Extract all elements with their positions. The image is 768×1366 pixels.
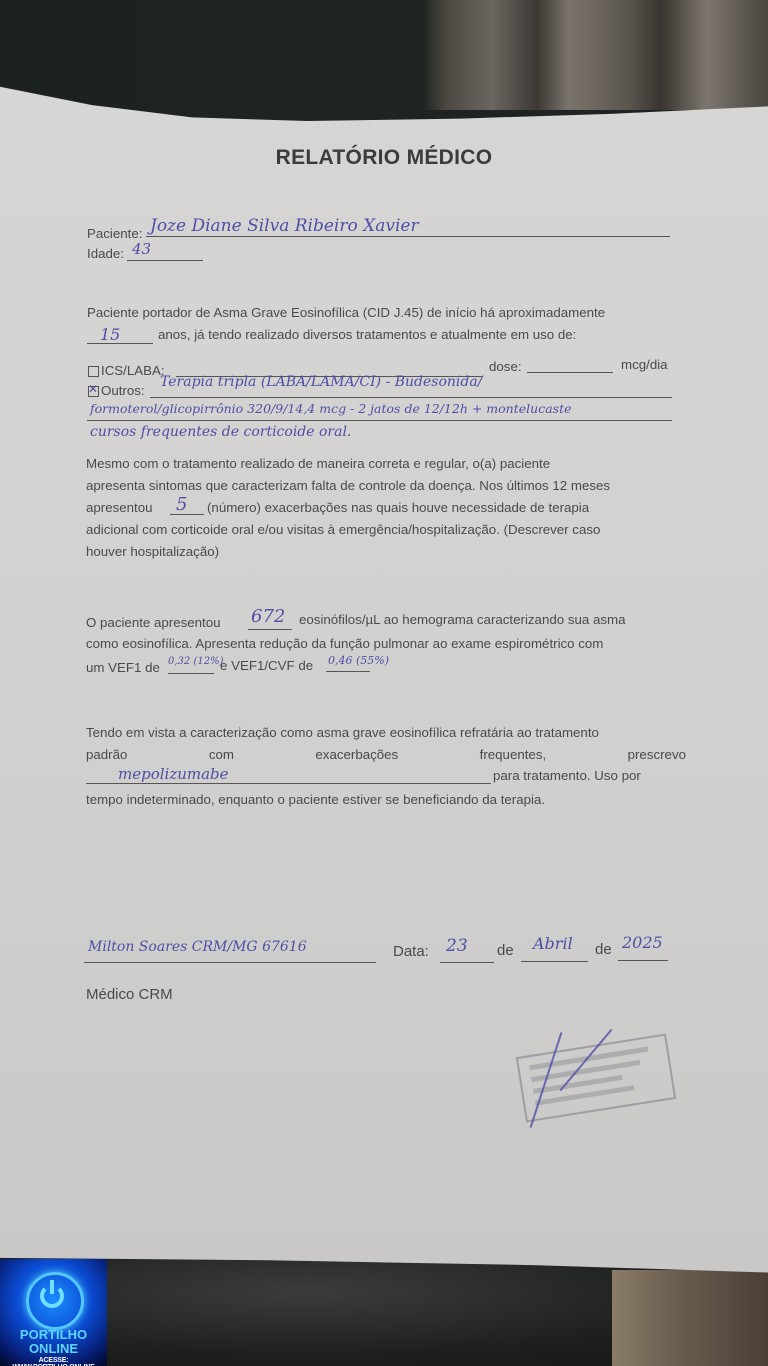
patient-label: Paciente: [87,226,142,241]
section4-line1: Tendo em vista a caracterização como asm… [86,725,599,740]
age-underline [127,260,203,261]
outros-underline-1 [150,397,672,398]
section4-line3-post: para tratamento. Uso por [493,768,641,783]
logo-text-online: ONLINE [0,1341,107,1356]
section1-line2: anos, já tendo realizado diversos tratam… [158,327,576,342]
section3-line1-pre: O paciente apresentou [86,615,221,630]
exacerbations-value: 5 [176,494,187,515]
section3-line1-post: eosinófilos/µL ao hemograma caracterizan… [299,612,625,627]
dose-label: dose: [489,359,522,374]
vef1-underline [168,673,214,674]
background-top [0,0,768,110]
vef1-cvf-underline [326,671,370,672]
logo-text-portilho: PORTILHO [0,1327,107,1342]
dose-unit: mcg/dia [621,357,668,372]
date-de-1: de [497,942,514,959]
drug-value: mepolizumabe [118,765,229,783]
years-value: 15 [100,325,120,344]
section2-line1: Mesmo com o tratamento realizado de mane… [86,456,550,471]
exacerbations-underline [170,514,204,515]
age-value: 43 [132,240,151,258]
outros-label: Outros: [101,383,145,398]
power-icon-bar [50,1280,54,1294]
section1-line1: Paciente portador de Asma Grave Eosinofí… [87,305,605,320]
dose-underline [527,372,613,373]
section4-word: exacerbações [315,747,398,762]
section2-line4: adicional com corticoide oral e/ou visit… [86,522,600,537]
section3-line3-mid: e VEF1/CVF de [220,658,313,673]
section2-line3-pre: apresentou [86,500,153,515]
section4-word: com [209,747,234,762]
years-underline [87,343,153,344]
date-year-value: 2025 [622,933,663,952]
outros-checkbox[interactable] [88,386,99,397]
section4-line2: padrão com exacerbações frequentes, pres… [86,747,686,762]
document-title: RELATÓRIO MÉDICO [0,146,768,170]
doctor-signature-value: Milton Soares CRM/MG 67616 [88,939,307,955]
section2-line5: houver hospitalização) [86,544,219,559]
date-day-value: 23 [446,936,468,956]
section3-line3-pre: um VEF1 de [86,660,160,675]
ics-laba-checkbox[interactable] [88,366,99,377]
date-label: Data: [393,943,429,960]
drug-underline [86,783,491,784]
portilho-online-logo: PORTILHO ONLINE ACESSE: WWW.PORTILHO.ONL… [0,1259,107,1366]
date-month-value: Abril [533,934,573,953]
vef1-cvf-value: 0,46 (55%) [328,654,389,667]
date-day-underline [440,962,494,963]
patient-underline [146,236,670,237]
outros-value-line3: cursos frequentes de corticoide oral. [90,424,351,440]
vef1-value: 0,32 (12%) [168,656,223,667]
background-bottom-right [612,1270,768,1366]
patient-name-value: Joze Diane Silva Ribeiro Xavier [150,216,419,236]
eosinophils-value: 672 [251,606,285,627]
date-de-2: de [595,941,612,958]
date-year-underline [618,960,668,961]
section4-line4: tempo indeterminado, enquanto o paciente… [86,792,545,807]
age-label: Idade: [87,246,124,261]
signature-underline [84,962,376,963]
section4-word: padrão [86,747,127,762]
ics-laba-label: ICS/LABA: [101,363,165,378]
date-month-underline [521,961,588,962]
section4-word: frequentes, [480,747,547,762]
medico-crm-label: Médico CRM [86,986,173,1003]
outros-underline-2 [87,420,672,421]
section2-line3-post: (número) exacerbações nas quais houve ne… [207,500,589,515]
section2-line2: apresenta sintomas que caracterizam falt… [86,478,610,493]
section3-line2: como eosinofílica. Apresenta redução da … [86,636,603,651]
outros-value-line1: Terapia tripla (LABA/LAMA/CI) - Budesoni… [160,374,482,390]
logo-text-url: ACESSE: WWW.PORTILHO.ONLINE [0,1357,107,1366]
eosinophils-underline [248,629,292,630]
outros-value-line2: formoterol/glicopirrônio 320/9/14,4 mcg … [90,401,572,416]
section4-word: prescrevo [628,747,686,762]
